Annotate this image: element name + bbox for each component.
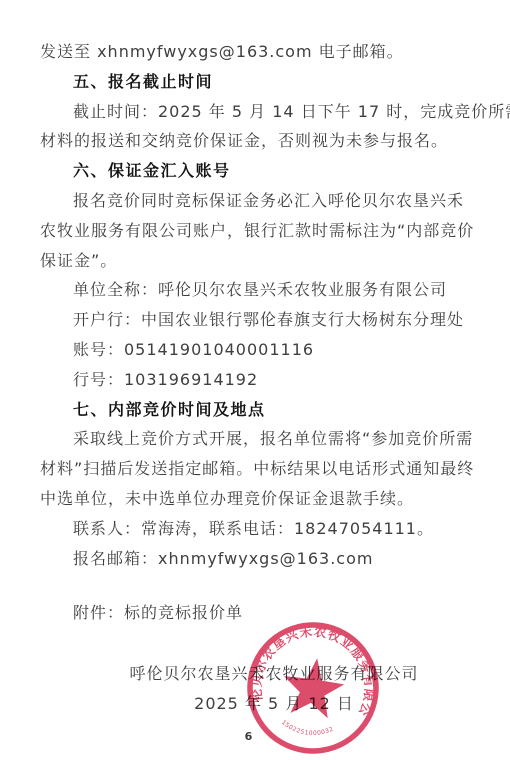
signature-block: 呼伦贝尔农垦兴禾农牧业服务有限公司 2025 年 5 月 12 日 — [40, 659, 474, 719]
doc-line: 保证金”。 — [40, 246, 474, 276]
attachment-line: 附件：标的竞标报价单 — [40, 598, 474, 628]
section-heading: 七、内部竞价时间及地点 — [40, 395, 474, 425]
doc-line-email: 报名邮箱：xhnmyfwyxgs@163.com — [40, 544, 474, 574]
doc-line-bank-number: 行号：103196914192 — [40, 365, 474, 395]
doc-line: 农牧业服务有限公司账户，银行汇款时需标注为“内部竞价 — [40, 216, 474, 246]
signature-date: 2025 年 5 月 12 日 — [74, 689, 474, 719]
doc-line: 截止时间：2025 年 5 月 14 日下午 17 时，完成竞价所需 — [40, 97, 474, 127]
signature-company: 呼伦贝尔农垦兴禾农牧业服务有限公司 — [74, 659, 474, 689]
page-number: 6 — [0, 730, 497, 743]
doc-line: 材料的报送和交纳竞价保证金，否则视为未参与报名。 — [40, 126, 474, 156]
doc-line: 材料”扫描后发送指定邮箱。中标结果以电话形式通知最终 — [40, 454, 474, 484]
doc-line: 发送至 xhnmyfwyxgs@163.com 电子邮箱。 — [40, 37, 474, 67]
document-page: 发送至 xhnmyfwyxgs@163.com 电子邮箱。 五、报名截止时间 截… — [0, 0, 510, 760]
section-heading: 六、保证金汇入账号 — [40, 156, 474, 186]
doc-line-bank: 开户行：中国农业银行鄂伦春旗支行大杨树东分理处 — [40, 305, 474, 335]
doc-line: 采取线上竞价方式开展，报名单位需将“参加竞价所需 — [40, 424, 474, 454]
section-heading: 五、报名截止时间 — [40, 67, 474, 97]
doc-line-contact: 联系人：常海涛，联系电话：18247054111。 — [40, 514, 474, 544]
document-body: 发送至 xhnmyfwyxgs@163.com 电子邮箱。 五、报名截止时间 截… — [40, 37, 474, 719]
doc-line: 中选单位，未中选单位办理竞价保证金退款手续。 — [40, 484, 474, 514]
doc-line: 报名竞价同时竞标保证金务必汇入呼伦贝尔农垦兴禾 — [40, 186, 474, 216]
doc-line-company-name: 单位全称：呼伦贝尔农垦兴禾农牧业服务有限公司 — [40, 275, 474, 305]
doc-line-account-number: 账号：05141901040001116 — [40, 335, 474, 365]
